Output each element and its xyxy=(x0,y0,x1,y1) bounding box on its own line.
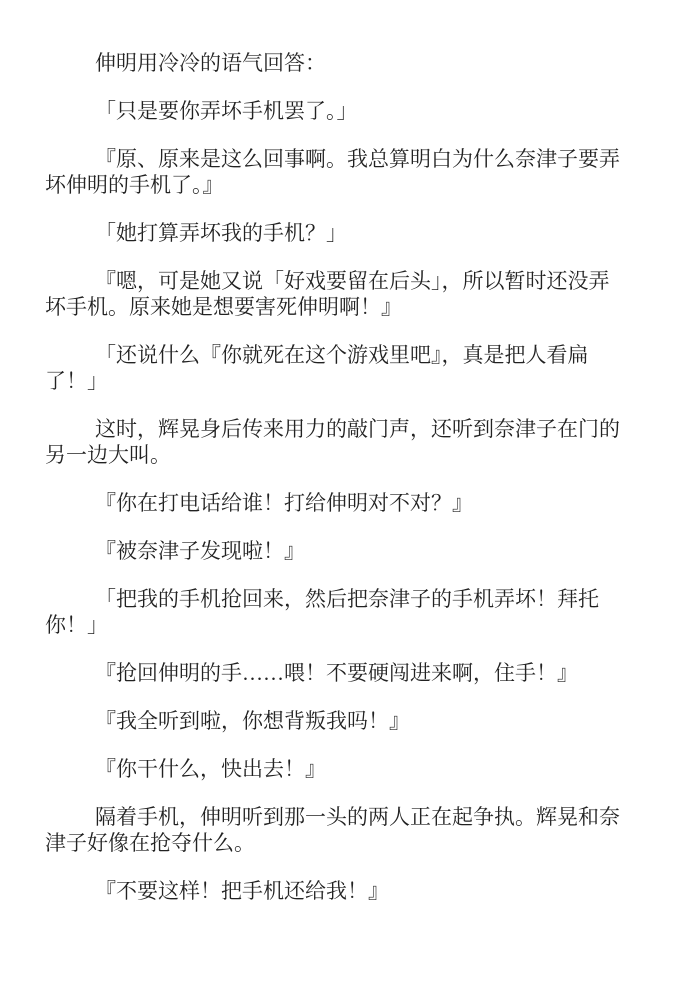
paragraph: 『嗯，可是她又说「好戏要留在后头」，所以暂时还没弄坏手机。原来她是想要害死伸明啊… xyxy=(45,268,645,320)
text-line: 你！」 xyxy=(45,612,645,638)
text-line: 伸明用冷冷的语气回答： xyxy=(45,50,645,76)
text-line: 这时，辉晃身后传来用力的敲门声，还听到奈津子在门的 xyxy=(45,416,645,442)
text-line: 「她打算弄坏我的手机？」 xyxy=(45,220,645,246)
paragraph: 『抢回伸明的手……喂！不要硬闯进来啊，住手！』 xyxy=(45,660,645,686)
paragraph: 「她打算弄坏我的手机？」 xyxy=(45,220,645,246)
text-line: 『抢回伸明的手……喂！不要硬闯进来啊，住手！』 xyxy=(45,660,645,686)
text-line: 坏伸明的手机了。』 xyxy=(45,172,645,198)
paragraph: 『你干什么，快出去！』 xyxy=(45,756,645,782)
text-line: 『我全听到啦，你想背叛我吗！』 xyxy=(45,708,645,734)
paragraph: 『不要这样！把手机还给我！』 xyxy=(45,878,645,904)
paragraph: 『原、原来是这么回事啊。我总算明白为什么奈津子要弄坏伸明的手机了。』 xyxy=(45,146,645,198)
text-line: 坏手机。原来她是想要害死伸明啊！』 xyxy=(45,294,645,320)
paragraph: 「还说什么『你就死在这个游戏里吧』，真是把人看扁了！」 xyxy=(45,342,645,394)
text-line: 了！」 xyxy=(45,368,645,394)
document-page: 伸明用冷冷的语气回答：「只是要你弄坏手机罢了。」『原、原来是这么回事啊。我总算明… xyxy=(0,0,700,992)
text-line: 『不要这样！把手机还给我！』 xyxy=(45,878,645,904)
paragraph: 这时，辉晃身后传来用力的敲门声，还听到奈津子在门的另一边大叫。 xyxy=(45,416,645,468)
text-line: 津子好像在抢夺什么。 xyxy=(45,830,645,856)
text-line: 『你在打电话给谁！打给伸明对不对？』 xyxy=(45,490,645,516)
text-line: 「把我的手机抢回来，然后把奈津子的手机弄坏！拜托 xyxy=(45,586,645,612)
page-text: 伸明用冷冷的语气回答：「只是要你弄坏手机罢了。」『原、原来是这么回事啊。我总算明… xyxy=(0,0,700,904)
text-line: 「还说什么『你就死在这个游戏里吧』，真是把人看扁 xyxy=(45,342,645,368)
paragraph: 『我全听到啦，你想背叛我吗！』 xyxy=(45,708,645,734)
paragraph: 『被奈津子发现啦！』 xyxy=(45,538,645,564)
text-line: 『你干什么，快出去！』 xyxy=(45,756,645,782)
paragraph: 「只是要你弄坏手机罢了。」 xyxy=(45,98,645,124)
text-line: 另一边大叫。 xyxy=(45,442,645,468)
paragraph: 「把我的手机抢回来，然后把奈津子的手机弄坏！拜托你！」 xyxy=(45,586,645,638)
text-line: 『原、原来是这么回事啊。我总算明白为什么奈津子要弄 xyxy=(45,146,645,172)
text-line: 『嗯，可是她又说「好戏要留在后头」，所以暂时还没弄 xyxy=(45,268,645,294)
paragraph: 『你在打电话给谁！打给伸明对不对？』 xyxy=(45,490,645,516)
text-line: 『被奈津子发现啦！』 xyxy=(45,538,645,564)
text-line: 隔着手机，伸明听到那一头的两人正在起争执。辉晃和奈 xyxy=(45,804,645,830)
paragraph: 隔着手机，伸明听到那一头的两人正在起争执。辉晃和奈津子好像在抢夺什么。 xyxy=(45,804,645,856)
paragraph: 伸明用冷冷的语气回答： xyxy=(45,50,645,76)
text-line: 「只是要你弄坏手机罢了。」 xyxy=(45,98,645,124)
